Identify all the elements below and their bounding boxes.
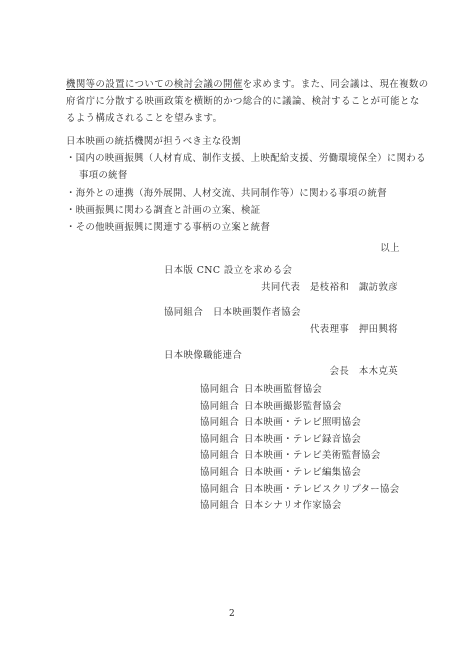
signatory-rep-1: 共同代表 是枝裕和 諏訪敦彦 [261, 279, 398, 296]
member-name: 日本映画・テレビ録音協会 [244, 431, 361, 448]
roles-section: 日本映画の統括機関が担うべき主な役割 ・国内の映画振興（人材育成、制作支援、上映… [66, 133, 406, 236]
roles-heading: 日本映画の統括機関が担うべき主な役割 [66, 133, 406, 150]
signatory-org-3: 日本映像職能連合 [164, 347, 242, 364]
signatory-org-2: 協同組合 日本映画製作者協会 [164, 304, 301, 321]
member-name: 日本映画・テレビ編集協会 [244, 464, 361, 481]
underlined-request-text: 機関等の設置についての検討会議の開催 [66, 79, 243, 90]
member-associations-list: 協同組合 日本映画監督協会 協同組合 日本映画撮影監督協会 協同組合 日本映画・… [200, 381, 400, 514]
intro-line-2: 府省庁に分散する映画政策を横断的かつ総合的に議論、検討することが可能とな [66, 93, 402, 110]
member-type: 協同組合 [200, 481, 244, 498]
member-name: 日本シナリオ作家協会 [244, 497, 342, 514]
role-item-1: ・国内の映画振興（人材育成、制作支援、上映配給支援、労働環境保全）に関わる [66, 150, 406, 167]
document-page: 機関等の設置についての検討会議の開催を求めます。また、同会議は、現在複数の 府省… [0, 0, 468, 662]
member-type: 協同組合 [200, 398, 244, 415]
page-number: 2 [229, 606, 235, 623]
signatory-org-1: 日本版 CNC 設立を求める会 [164, 262, 292, 279]
member-name: 日本映画・テレビ照明協会 [244, 414, 361, 431]
member-row: 協同組合 日本シナリオ作家協会 [200, 497, 400, 514]
member-name: 日本映画監督協会 [244, 381, 322, 398]
member-row: 協同組合 日本映画撮影監督協会 [200, 398, 400, 415]
member-type: 協同組合 [200, 447, 244, 464]
role-item-1-continuation: 事項の統督 [66, 167, 406, 184]
closing-remark: 以上 [380, 240, 400, 257]
member-row: 協同組合 日本映画監督協会 [200, 381, 400, 398]
member-row: 協同組合 日本映画・テレビスクリプター協会 [200, 481, 400, 498]
signatory-rep-2: 代表理事 押田興将 [310, 321, 398, 338]
role-item-4: ・その他映画振興に関連する事柄の立案と統督 [66, 219, 406, 236]
intro-line-1: 機関等の設置についての検討会議の開催を求めます。また、同会議は、現在複数の [66, 76, 402, 93]
intro-line-3: るよう構成されることを望みます。 [66, 110, 402, 127]
member-row: 協同組合 日本映画・テレビ録音協会 [200, 431, 400, 448]
member-name: 日本映画撮影監督協会 [244, 398, 342, 415]
member-type: 協同組合 [200, 464, 244, 481]
member-row: 協同組合 日本映画・テレビ編集協会 [200, 464, 400, 481]
member-type: 協同組合 [200, 497, 244, 514]
role-item-2: ・海外との連携（海外展開、人材交流、共同制作等）に関わる事項の統督 [66, 185, 406, 202]
member-type: 協同組合 [200, 431, 244, 448]
member-row: 協同組合 日本映画・テレビ美術監督協会 [200, 447, 400, 464]
intro-line-1-rest: を求めます。また、同会議は、現在複数の [243, 79, 429, 90]
intro-paragraph: 機関等の設置についての検討会議の開催を求めます。また、同会議は、現在複数の 府省… [66, 76, 402, 127]
member-type: 協同組合 [200, 381, 244, 398]
member-row: 協同組合 日本映画・テレビ照明協会 [200, 414, 400, 431]
member-name: 日本映画・テレビ美術監督協会 [244, 447, 381, 464]
member-type: 協同組合 [200, 414, 244, 431]
member-name: 日本映画・テレビスクリプター協会 [244, 481, 400, 498]
role-item-3: ・映画振興に関わる調査と計画の立案、検証 [66, 202, 406, 219]
signatory-rep-3: 会長 本木克英 [330, 363, 398, 380]
